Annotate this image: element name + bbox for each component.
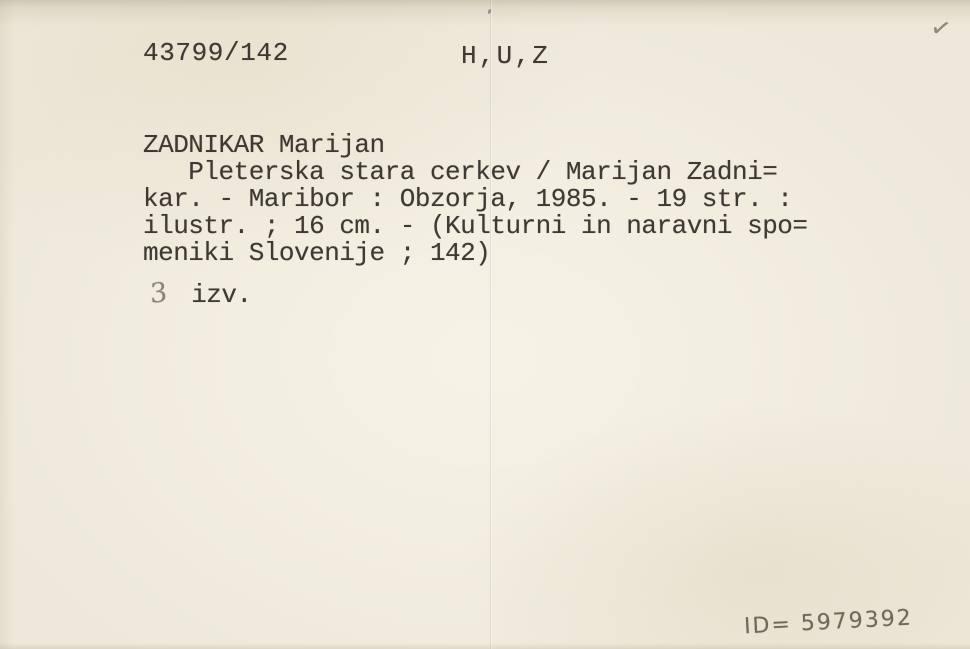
- handwritten-id-annotation: ID= 5979392: [743, 606, 913, 640]
- copies-label: izv.: [191, 280, 251, 310]
- entry-imprint-line: kar. - Maribor : Obzorja, 1985. - 19 str…: [143, 186, 808, 213]
- checkmark-icon: ✓: [928, 11, 954, 48]
- call-number: 43799/142: [143, 38, 289, 68]
- paper-crease: [490, 0, 491, 649]
- ink-speck: [487, 9, 492, 15]
- entry-title-line: Pleterska stara cerkev / Marijan Zadni=: [143, 159, 808, 186]
- entry-series-line: meniki Slovenije ; 142): [143, 240, 808, 267]
- entry-author-line: ZADNIKAR Marijan: [143, 132, 808, 159]
- entry-collation-line: ilustr. ; 16 cm. - (Kulturni in naravni …: [143, 213, 808, 240]
- copies-count-handwritten: 3: [150, 277, 168, 310]
- copies-note: 3izv.: [150, 278, 252, 310]
- catalog-card: 43799/142 H,U,Z ZADNIKAR Marijan Pleters…: [0, 0, 970, 649]
- bibliographic-entry: ZADNIKAR Marijan Pleterska stara cerkev …: [143, 132, 808, 267]
- classification-code: H,U,Z: [461, 41, 550, 71]
